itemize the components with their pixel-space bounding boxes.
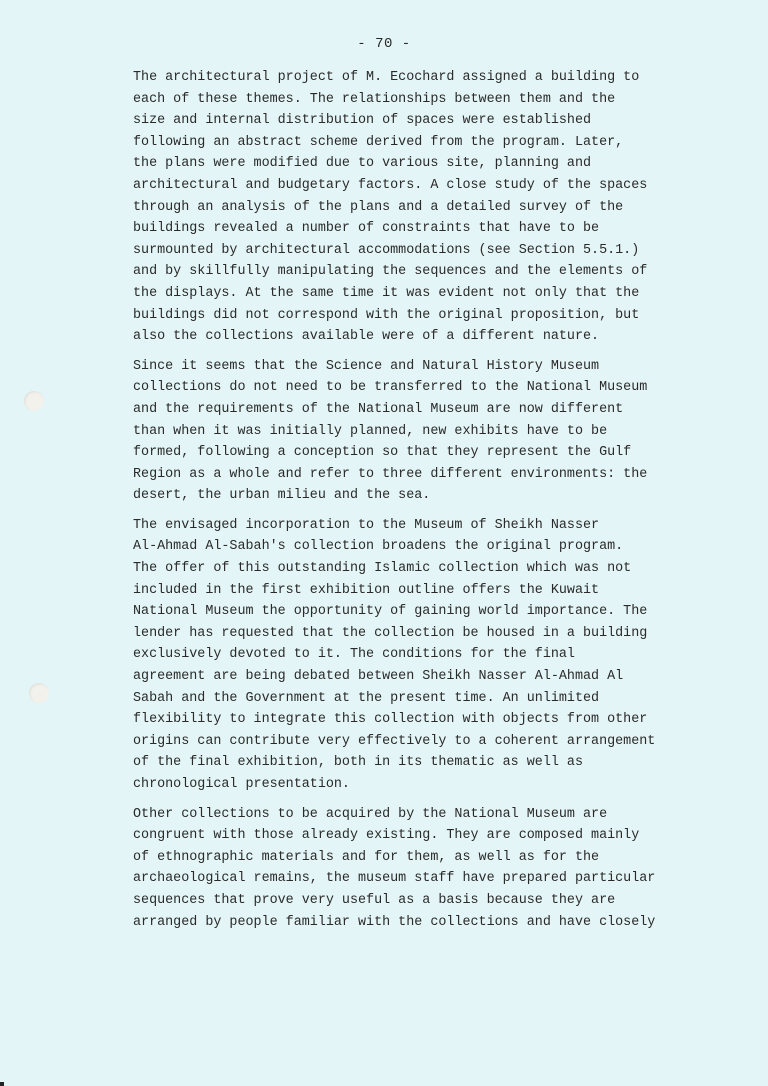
- paragraph: Since it seems that the Science and Natu…: [133, 356, 723, 507]
- text-line: origins can contribute very effectively …: [133, 731, 723, 753]
- text-line: following an abstract scheme derived fro…: [133, 132, 723, 154]
- punch-hole: [29, 683, 49, 703]
- text-line: surmounted by architectural accommodatio…: [133, 240, 723, 262]
- paragraph: The envisaged incorporation to the Museu…: [133, 515, 723, 796]
- text-line: arranged by people familiar with the col…: [133, 912, 723, 934]
- document-body: The architectural project of M. Ecochard…: [133, 67, 723, 941]
- text-line: exclusively devoted to it. The condition…: [133, 644, 723, 666]
- text-line: Since it seems that the Science and Natu…: [133, 356, 723, 378]
- text-line: than when it was initially planned, new …: [133, 421, 723, 443]
- text-line: buildings revealed a number of constrain…: [133, 218, 723, 240]
- text-line: Al-Ahmad Al-Sabah's collection broadens …: [133, 536, 723, 558]
- text-line: Region as a whole and refer to three dif…: [133, 464, 723, 486]
- text-line: formed, following a conception so that t…: [133, 442, 723, 464]
- text-line: The architectural project of M. Ecochard…: [133, 67, 723, 89]
- text-line: each of these themes. The relationships …: [133, 89, 723, 111]
- text-line: also the collections available were of a…: [133, 326, 723, 348]
- text-line: of the final exhibition, both in its the…: [133, 752, 723, 774]
- page-number: - 70 -: [0, 36, 768, 52]
- text-line: lender has requested that the collection…: [133, 623, 723, 645]
- text-line: and by skillfully manipulating the seque…: [133, 261, 723, 283]
- text-line: chronological presentation.: [133, 774, 723, 796]
- text-line: agreement are being debated between Shei…: [133, 666, 723, 688]
- text-line: through an analysis of the plans and a d…: [133, 197, 723, 219]
- text-line: archaeological remains, the museum staff…: [133, 868, 723, 890]
- text-line: National Museum the opportunity of gaini…: [133, 601, 723, 623]
- text-line: the plans were modified due to various s…: [133, 153, 723, 175]
- text-line: buildings did not correspond with the or…: [133, 305, 723, 327]
- text-line: sequences that prove very useful as a ba…: [133, 890, 723, 912]
- text-line: included in the first exhibition outline…: [133, 580, 723, 602]
- text-line: size and internal distribution of spaces…: [133, 110, 723, 132]
- text-line: and the requirements of the National Mus…: [133, 399, 723, 421]
- text-line: collections do not need to be transferre…: [133, 377, 723, 399]
- paragraph: Other collections to be acquired by the …: [133, 804, 723, 934]
- text-line: Sabah and the Government at the present …: [133, 688, 723, 710]
- text-line: desert, the urban milieu and the sea.: [133, 485, 723, 507]
- text-line: flexibility to integrate this collection…: [133, 709, 723, 731]
- scan-corner-mark: [0, 1082, 4, 1086]
- text-line: The envisaged incorporation to the Museu…: [133, 515, 723, 537]
- text-line: congruent with those already existing. T…: [133, 825, 723, 847]
- text-line: The offer of this outstanding Islamic co…: [133, 558, 723, 580]
- text-line: architectural and budgetary factors. A c…: [133, 175, 723, 197]
- punch-hole: [24, 391, 44, 411]
- paragraph: The architectural project of M. Ecochard…: [133, 67, 723, 348]
- text-line: Other collections to be acquired by the …: [133, 804, 723, 826]
- text-line: of ethnographic materials and for them, …: [133, 847, 723, 869]
- text-line: the displays. At the same time it was ev…: [133, 283, 723, 305]
